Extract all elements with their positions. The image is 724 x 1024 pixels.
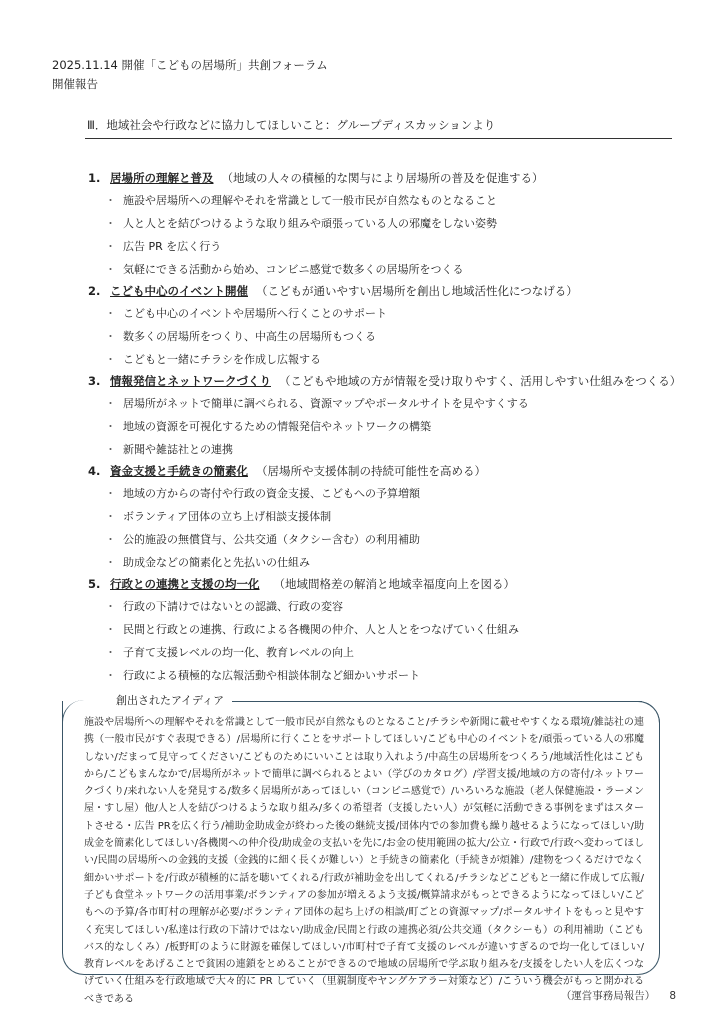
bullet-dot-icon: ・ [105,212,123,235]
bullet-dot-icon: ・ [105,258,123,281]
page-footer: （運営事務局報告）8 [561,988,676,1003]
item-title: 居場所の理解と普及 [110,171,214,185]
bullet-dot-icon: ・ [105,302,123,325]
bullet-dot-icon: ・ [105,482,123,505]
document-header: 2025.11.14 開催「こどもの居場所」共創フォーラム 開催報告 [52,56,328,94]
bullet-dot-icon: ・ [105,505,123,528]
page-number: 8 [669,990,676,1002]
bullet-dot-icon: ・ [105,595,123,618]
bullet-dot-icon: ・ [105,325,123,348]
list-item: 3.情報発信とネットワークづくり（こどもや地域の方が情報を受け取りやすく、活用し… [88,371,688,461]
request-list: 1.居場所の理解と普及（地域の人々の積極的な関与により居場所の普及を促進する） … [88,168,688,687]
bullet-point: ・ボランティア団体の立ち上げ相談支援体制 [88,505,688,528]
bullet-dot-icon: ・ [105,438,123,461]
item-title: 行政との連携と支援の均一化 [110,577,260,591]
bullet-dot-icon: ・ [105,618,123,641]
bullet-dot-icon: ・ [105,641,123,664]
ideas-box-label: 創出されたアイディア [116,692,232,708]
bullet-point: ・人と人とを結びつけるような取り組みや頑張っている人の邪魔をしない姿勢 [88,212,688,235]
bullet-point: ・こどもと一緒にチラシを作成し広報する [88,348,688,371]
bullet-dot-icon: ・ [105,189,123,212]
bullet-point: ・居場所がネットで簡単に調べられる、資源マップやポータルサイトを見やすくする [88,392,688,415]
bullet-dot-icon: ・ [105,235,123,258]
bullet-point: ・広告 PR を広く行う [88,235,688,258]
bullet-dot-icon: ・ [105,551,123,574]
forum-title: 2025.11.14 開催「こどもの居場所」共創フォーラム [52,56,328,75]
bullet-point: ・助成金などの簡素化と先払いの仕組み [88,551,688,574]
item-description: （居場所や支援体制の持続可能性を高める） [256,464,486,478]
bullet-point: ・公的施設の無償貸与、公共交通（タクシー含む）の利用補助 [88,528,688,551]
bullet-point: ・新聞や雑誌社との連携 [88,438,688,461]
section-title: Ⅲ．地域社会や行政などに協力してほしいこと：グループディスカッションより [85,117,672,139]
bullet-dot-icon: ・ [105,528,123,551]
ideas-box-top-rule [222,701,642,702]
bullet-point: ・気軽にできる活動から始め、コンビニ感覚で数多くの居場所をつくる [88,258,688,281]
item-number: 1. [88,168,110,189]
item-description: （地域の人々の積極的な関与により居場所の普及を促進する） [222,171,544,185]
list-item: 2.こども中心のイベント開催（こどもが通いやすい居場所を創出し地域活性化につなげ… [88,281,688,371]
report-subtitle: 開催報告 [52,75,328,94]
item-number: 5. [88,574,110,595]
bullet-point: ・こども中心のイベントや居場所へ行くことのサポート [88,302,688,325]
bullet-point: ・行政の下請けではないとの認識、行政の変容 [88,595,688,618]
bullet-dot-icon: ・ [105,348,123,371]
footer-label: （運営事務局報告） [561,990,656,1002]
bullet-point: ・地域の資源を可視化するための情報発信やネットワークの構築 [88,415,688,438]
item-title: こども中心のイベント開催 [110,284,248,298]
bullet-point: ・子育て支援レベルの均一化、教育レベルの向上 [88,641,688,664]
bullet-point: ・民間と行政との連携、行政による各機関の仲介、人と人とをつなげていく仕組み [88,618,688,641]
bullet-dot-icon: ・ [105,664,123,687]
ideas-box-text: 施設や居場所への理解やそれを常識として一般市民が自然なものとなること/チラシや新… [84,714,644,1008]
list-item: 5.行政との連携と支援の均一化（地域間格差の解消と地域幸福度向上を図る） ・行政… [88,574,688,687]
item-number: 3. [88,371,110,392]
list-item: 4.資金支援と手続きの簡素化（居場所や支援体制の持続可能性を高める） ・地域の方… [88,461,688,574]
item-number: 2. [88,281,110,302]
bullet-point: ・数多くの居場所をつくり、中高生の居場所もつくる [88,325,688,348]
ideas-box: 創出されたアイディア 施設や居場所への理解やそれを常識として一般市民が自然なもの… [62,690,660,975]
bullet-point: ・施設や居場所への理解やそれを常識として一般市民が自然なものとなること [88,189,688,212]
item-description: （地域間格差の解消と地域幸福度向上を図る） [274,577,516,591]
item-description: （こどもや地域の方が情報を受け取りやすく、活用しやすい仕組みをつくる） [279,374,681,388]
item-title: 情報発信とネットワークづくり [110,374,271,388]
item-description: （こどもが通いやすい居場所を創出し地域活性化につなげる） [256,284,578,298]
list-item: 1.居場所の理解と普及（地域の人々の積極的な関与により居場所の普及を促進する） … [88,168,688,281]
item-number: 4. [88,461,110,482]
bullet-point: ・行政による積極的な広報活動や相談体制など細かいサポート [88,664,688,687]
bullet-point: ・地域の方からの寄付や行政の資金支援、こどもへの予算増額 [88,482,688,505]
bullet-dot-icon: ・ [105,392,123,415]
bullet-dot-icon: ・ [105,415,123,438]
item-title: 資金支援と手続きの簡素化 [110,464,248,478]
